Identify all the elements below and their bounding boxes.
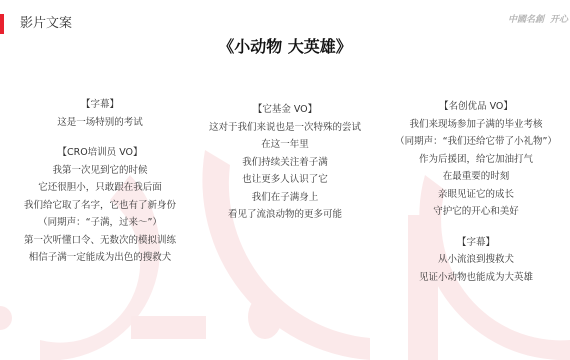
script-line: （同期声：“我们还给它带了小礼物”） <box>384 133 568 151</box>
script-line: 守护它的开心和美好 <box>384 203 568 221</box>
script-column-middle: 【它基金 VO】 这对于我们来说也是一次特殊的尝试 在这一年里 我们持续关注着子… <box>190 101 380 224</box>
brand-logo-text: 中國名創 <box>508 15 544 25</box>
script-block: 【它基金 VO】 这对于我们来说也是一次特殊的尝试 在这一年里 我们持续关注着子… <box>190 101 380 224</box>
script-block-label: 【它基金 VO】 <box>190 101 380 119</box>
script-block-label: 【字幕】 <box>0 96 200 114</box>
script-line: 这对于我们来说也是一次特殊的尝试 <box>190 119 380 137</box>
script-block: 【字幕】 这是一场特别的考试 <box>0 96 200 131</box>
script-line: 我们来现场参加子满的毕业考核 <box>384 116 568 134</box>
section-title: 影片文案 <box>20 15 72 33</box>
script-column-right: 【名创优品 VO】 我们来现场参加子满的毕业考核 （同期声：“我们还给它带了小礼… <box>384 98 568 286</box>
script-line: 看见了流浪动物的更多可能 <box>190 206 380 224</box>
script-line: 亲眼见证它的成长 <box>384 186 568 204</box>
script-block-label: 【名创优品 VO】 <box>384 98 568 116</box>
script-line: 也让更多人认识了它 <box>190 171 380 189</box>
document-title: 《小动物 大英雄》 <box>0 36 570 58</box>
script-line: 这是一场特别的考试 <box>0 114 200 132</box>
script-line: 我们给它取了名字，它也有了新身份 <box>0 197 200 215</box>
script-line: 第一次听懂口令、无数次的模拟训练 <box>0 232 200 250</box>
script-line: 在这一年里 <box>190 136 380 154</box>
section-accent-bar <box>0 14 4 34</box>
brand-slogan-text: 开心 <box>550 15 568 25</box>
script-line: 从小流浪到搜救犬 <box>384 251 568 269</box>
script-line: （同期声：“子满，过来～”） <box>0 214 200 232</box>
script-block: 【字幕】 从小流浪到搜救犬 见证小动物也能成为大英雄 <box>384 234 568 287</box>
script-block: 【CRO培训员 VO】 我第一次见到它的时候 它还很胆小，只敢跟在我后面 我们给… <box>0 144 200 267</box>
script-block: 【名创优品 VO】 我们来现场参加子满的毕业考核 （同期声：“我们还给它带了小礼… <box>384 98 568 221</box>
script-line: 我们持续关注着子满 <box>190 154 380 172</box>
script-line: 作为后援团，给它加油打气 <box>384 151 568 169</box>
script-block-label: 【CRO培训员 VO】 <box>0 144 200 162</box>
script-block-label: 【字幕】 <box>384 234 568 252</box>
script-line: 在最重要的时刻 <box>384 168 568 186</box>
script-line: 它还很胆小，只敢跟在我后面 <box>0 179 200 197</box>
script-column-left: 【字幕】 这是一场特别的考试 【CRO培训员 VO】 我第一次见到它的时候 它还… <box>0 96 200 267</box>
script-line: 相信子满一定能成为出色的搜救犬 <box>0 249 200 267</box>
brand-logo-mark: 中國名創开心 <box>508 14 570 26</box>
script-line: 我们在子满身上 <box>190 189 380 207</box>
script-line: 我第一次见到它的时候 <box>0 162 200 180</box>
script-line: 见证小动物也能成为大英雄 <box>384 269 568 287</box>
